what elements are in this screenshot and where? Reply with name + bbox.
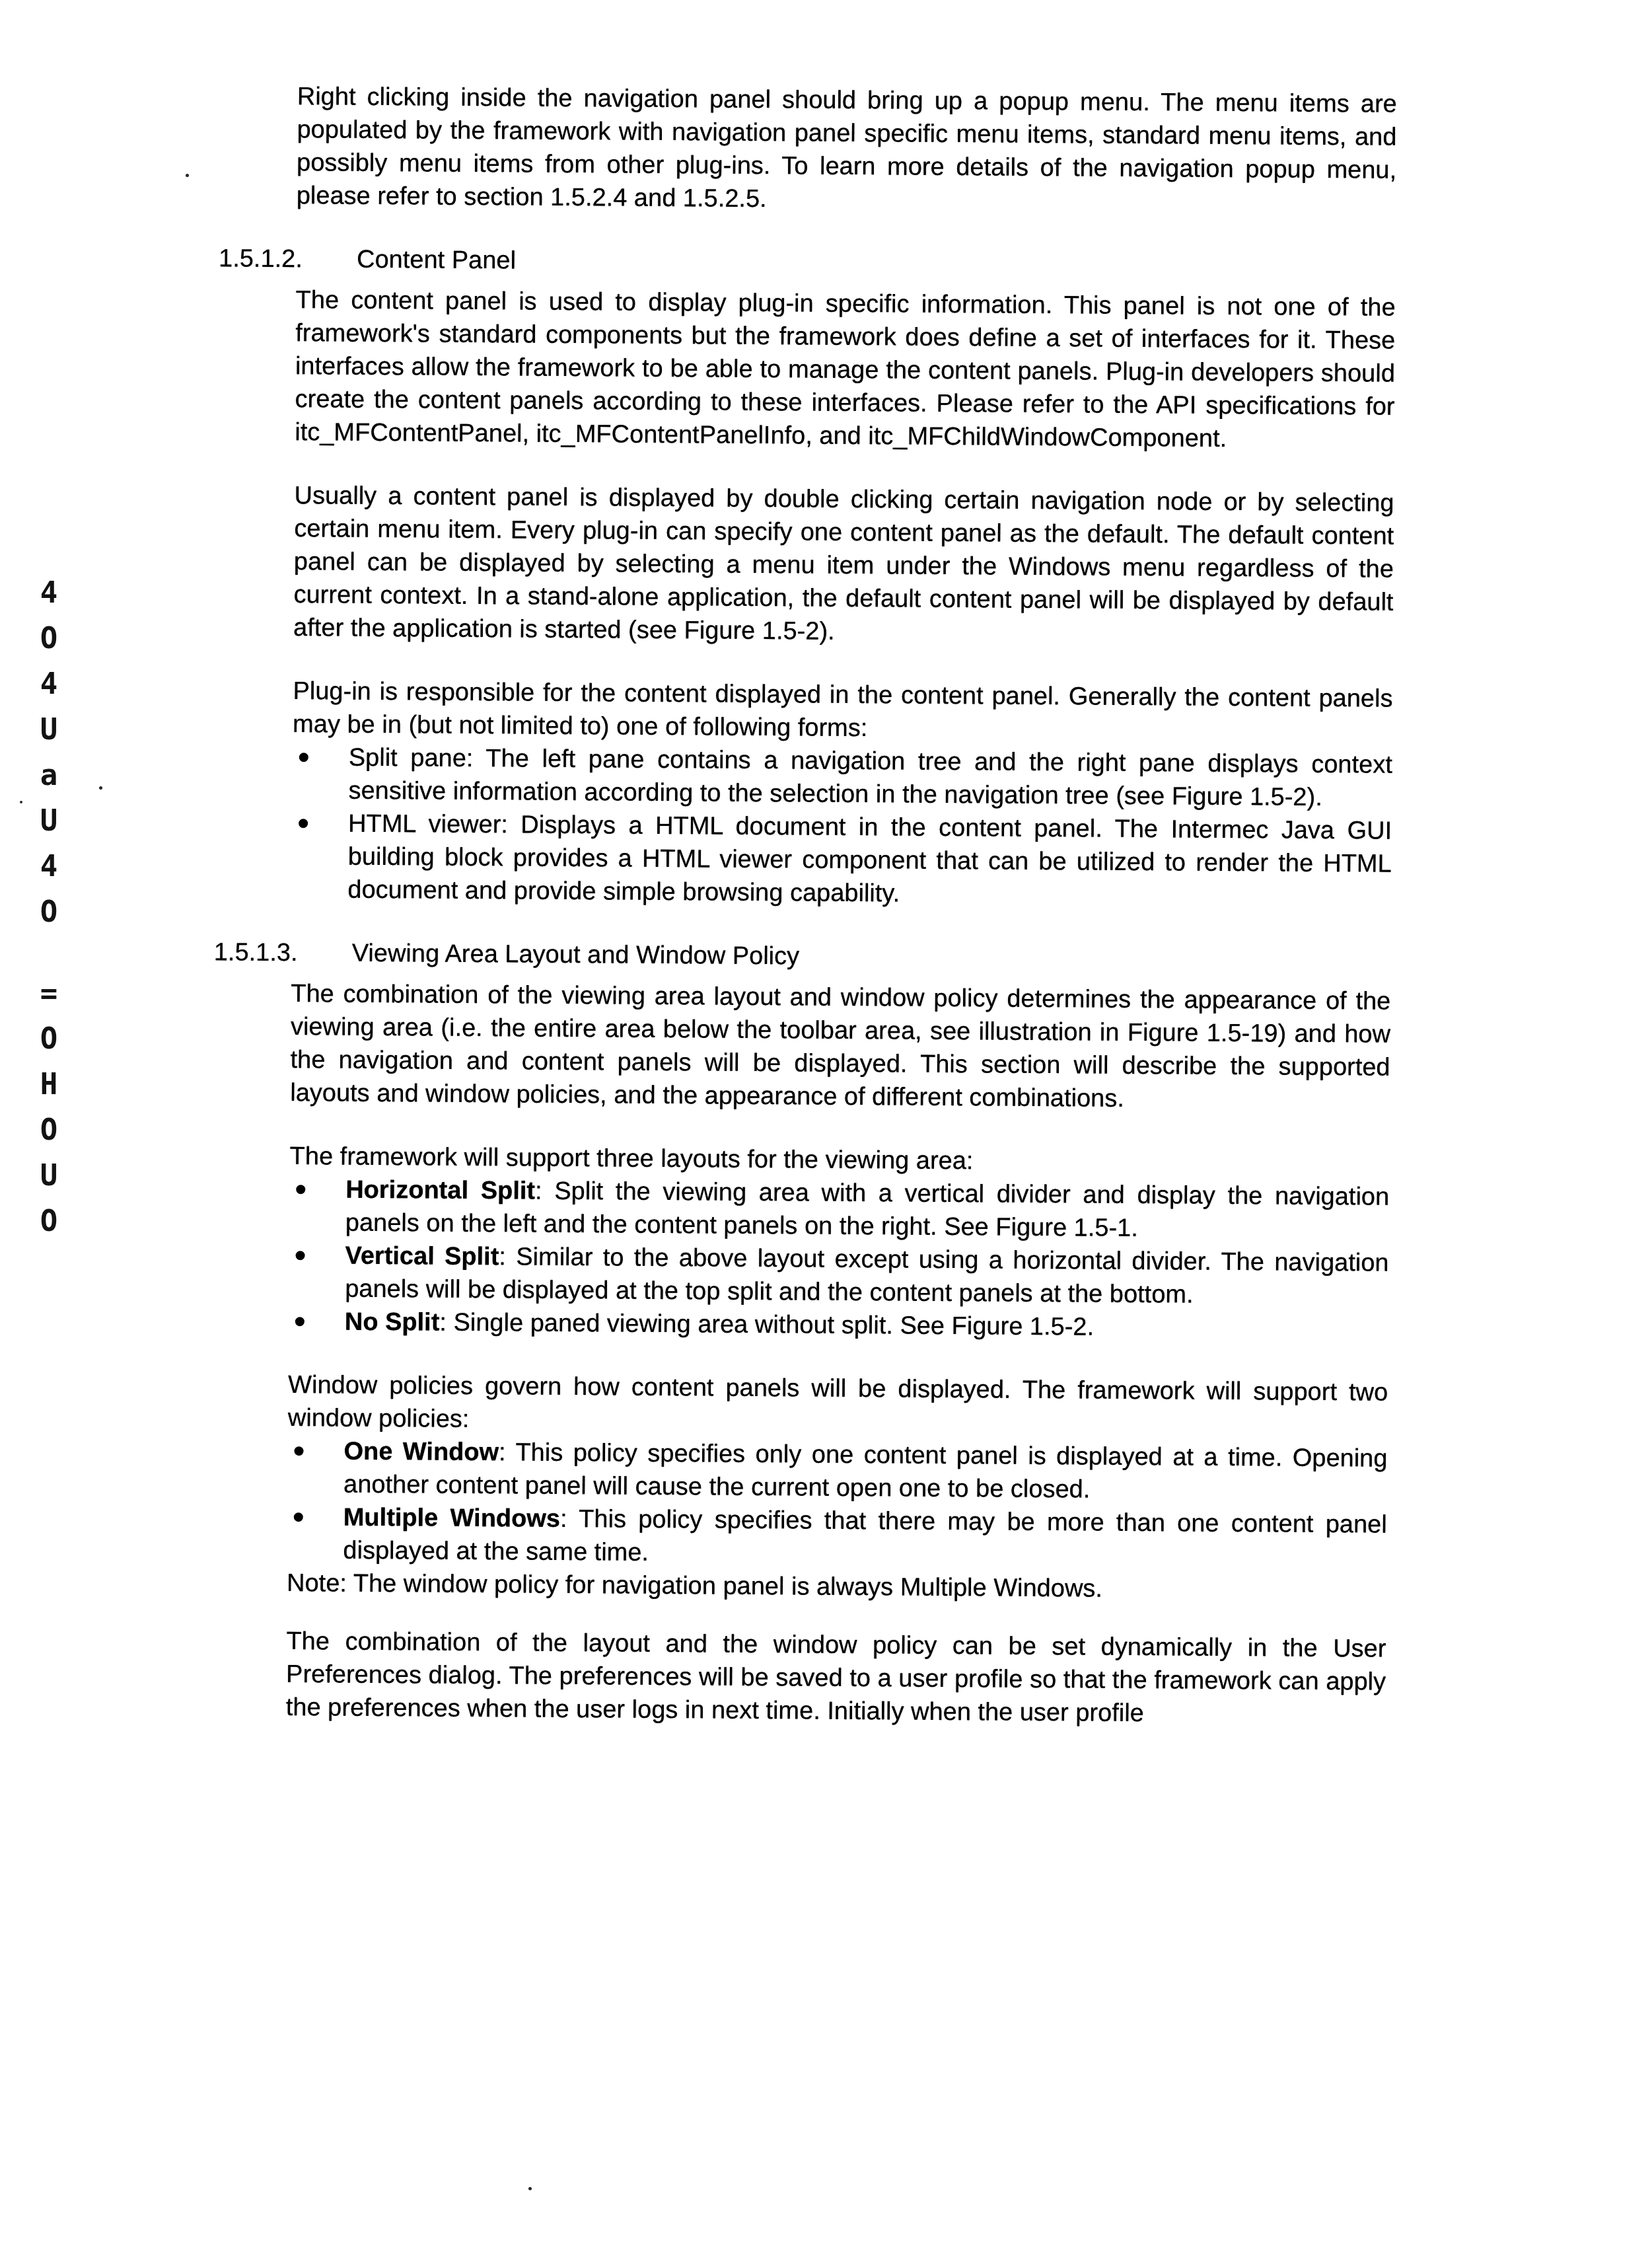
content-forms-list: Split pane: The left pane contains a nav… — [291, 741, 1392, 914]
section-title: Content Panel — [357, 246, 516, 275]
section-title: Viewing Area Layout and Window Policy — [352, 940, 800, 971]
scan-speck — [528, 2187, 532, 2190]
list-item: One Window: This policy specifies only o… — [287, 1434, 1388, 1508]
section-number: 1.5.1.3. — [214, 936, 352, 969]
paragraph: Window policies govern how content panel… — [288, 1368, 1388, 1442]
paragraph: Plug-in is responsible for the content d… — [293, 675, 1393, 749]
list-item: Vertical Split: Similar to the above lay… — [289, 1239, 1389, 1313]
section-heading-1513: 1.5.1.3.Viewing Area Layout and Window P… — [214, 936, 1391, 977]
document-body: Right clicking inside the navigation pan… — [0, 78, 1652, 1733]
list-item-text: : Similar to the above layout except usi… — [345, 1243, 1389, 1308]
list-item-lead: One Window — [343, 1438, 499, 1467]
list-item: Horizontal Split: Split the viewing area… — [289, 1173, 1390, 1247]
list-item-lead: Horizontal Split — [345, 1176, 535, 1205]
list-item-text: : Single paned viewing area without spli… — [439, 1309, 1094, 1341]
list-item-text: : This policy specifies only one content… — [343, 1438, 1388, 1503]
paragraph: The content panel is used to display plu… — [295, 283, 1396, 457]
list-item-text: HTML viewer: Displays a HTML document in… — [347, 810, 1392, 908]
list-item: No Split: Single paned viewing area with… — [289, 1305, 1388, 1346]
window-policy-list: One Window: This policy specifies only o… — [287, 1434, 1387, 1574]
paragraph: Usually a content panel is displayed by … — [293, 479, 1394, 652]
list-item: Multiple Windows: This policy specifies … — [287, 1500, 1387, 1574]
paragraph: The combination of the viewing area layo… — [290, 977, 1390, 1117]
list-item-lead: No Split — [345, 1308, 440, 1337]
list-item-text: Split pane: The left pane contains a nav… — [348, 744, 1392, 811]
layout-list: Horizontal Split: Split the viewing area… — [289, 1173, 1390, 1346]
list-item-lead: Vertical Split — [345, 1242, 499, 1271]
list-item: HTML viewer: Displays a HTML document in… — [291, 807, 1392, 914]
section-heading-1512: 1.5.1.2.Content Panel — [219, 242, 1396, 283]
list-item-lead: Multiple Windows — [343, 1504, 561, 1533]
paragraph: The combination of the layout and the wi… — [286, 1625, 1386, 1732]
paragraph-intro: Right clicking inside the navigation pan… — [297, 80, 1397, 220]
list-item: Split pane: The left pane contains a nav… — [292, 741, 1392, 815]
section-number: 1.5.1.2. — [219, 242, 357, 276]
